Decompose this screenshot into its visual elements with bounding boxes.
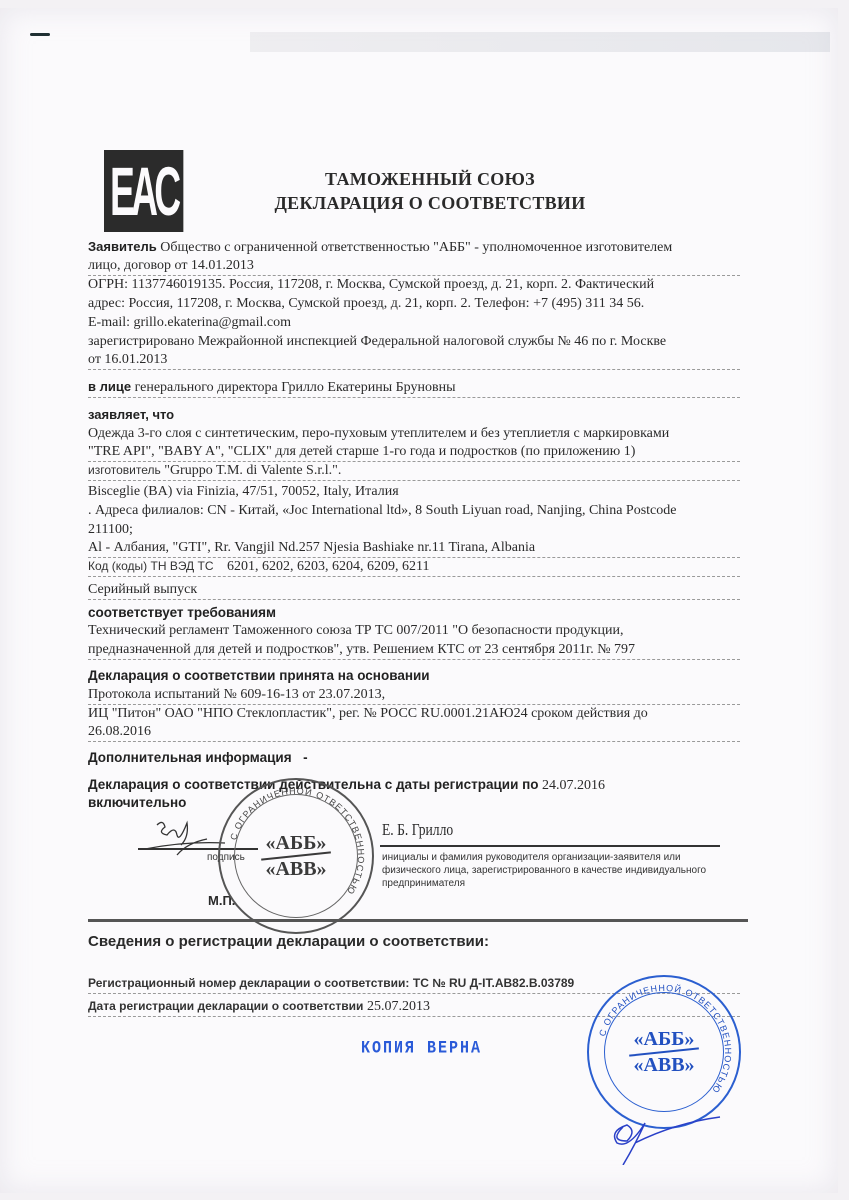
- applicant-line-4: адрес: Россия, 117208, г. Москва, Сумско…: [88, 294, 740, 313]
- applicant-line-6: зарегистрировано Межрайонной инспекцией …: [88, 332, 740, 351]
- applicant-line-2: лицо, договор от 14.01.2013: [88, 256, 740, 276]
- pen-mark: [30, 33, 50, 36]
- basis-line-3: 26.08.2016: [88, 722, 740, 742]
- declares-label: заявляет, что: [88, 405, 740, 425]
- requirements-label: соответствует требованиям: [88, 603, 740, 623]
- seal-line-1: «АББ»: [266, 832, 327, 854]
- manufacturer: изготовитель "Gruppo T.M. di Valente S.r…: [88, 461, 740, 481]
- applicant-email: E-mail: grillo.ekaterina@gmail.com: [88, 313, 740, 332]
- basis-label: Декларация о соответствии принята на осн…: [88, 666, 740, 686]
- validity-line-2: включительно: [88, 793, 740, 813]
- applicant-line-1: Заявитель Общество с ограниченной ответс…: [88, 237, 740, 257]
- manufacturer-address-3: 211100;: [88, 520, 740, 539]
- applicant-label: Заявитель: [88, 239, 157, 254]
- eac-logo: EAC: [104, 150, 183, 232]
- serial-release: Серийный выпуск: [88, 580, 740, 600]
- product-line-2: "TRE API", "BABY A", "CLIX" для детей ст…: [88, 442, 740, 462]
- additional-info: Дополнительная информация -: [88, 748, 740, 768]
- represented-by: в лице генерального директора Грилло Ека…: [88, 377, 740, 398]
- registration-title: Сведения о регистрации декларации о соот…: [88, 932, 740, 951]
- requirements-line-1: Технический регламент Таможенного союза …: [88, 621, 740, 640]
- applicant-line-7: от 16.01.2013: [88, 350, 740, 370]
- manufacturer-address-2: . Адреса филиалов: CN - Китай, «Joc Inte…: [88, 501, 740, 520]
- document-title: ТАМОЖЕННЫЙ СОЮЗ ДЕКЛАРАЦИЯ О СООТВЕТСТВИ…: [220, 167, 640, 215]
- bleed-through-text: [250, 32, 830, 52]
- validity-line-1: Декларация о соответствии действительна …: [88, 775, 740, 795]
- represented-by-label: в лице: [88, 379, 131, 394]
- title-declaration: ДЕКЛАРАЦИЯ О СООТВЕТСТВИИ: [220, 191, 640, 215]
- signatory-caption: инициалы и фамилия руководителя организа…: [382, 851, 727, 890]
- company-seal: С ОГРАНИЧЕННОЙ ОТВЕТСТВЕННОСТЬЮ «АББ» «А…: [218, 778, 374, 934]
- basis-line-1: Протокола испытаний № 609-16-13 от 23.07…: [88, 685, 740, 705]
- requirements-line-2: предназначенной для детей и подростков",…: [88, 640, 740, 660]
- product-line-1: Одежда 3-го слоя с синтетическим, перо-п…: [88, 424, 740, 443]
- section-divider: [88, 919, 748, 922]
- blue-seal-line-2: «АВВ»: [633, 1054, 694, 1076]
- seal-line-2: «АВВ»: [265, 858, 326, 880]
- hs-codes: Код (коды) ТН ВЭД ТС 6201, 6202, 6203, 6…: [88, 557, 740, 577]
- hs-codes-label: Код (коды) ТН ВЭД ТС: [88, 559, 214, 573]
- signatory-name: Е. Б. Грилло: [382, 820, 453, 840]
- basis-line-2: ИЦ "Питон" ОАО "НПО Стеклопластик", рег.…: [88, 704, 740, 723]
- manufacturer-address-1: Bisceglie (BA) via Finizia, 47/51, 70052…: [88, 482, 740, 501]
- manufacturer-address-4: Al - Албания, "GTI", Rr. Vangjil Nd.257 …: [88, 538, 740, 558]
- manufacturer-label: изготовитель: [88, 463, 161, 477]
- blue-signature: [605, 1105, 725, 1165]
- certified-copy-stamp: КОПИЯ ВЕРНА: [361, 1039, 482, 1059]
- applicant-line-3: ОГРН: 1137746019135. Россия, 117208, г. …: [88, 275, 740, 294]
- name-rule: [380, 845, 720, 847]
- title-customs-union: ТАМОЖЕННЫЙ СОЮЗ: [220, 167, 640, 191]
- blue-seal-line-1: «АББ»: [634, 1028, 695, 1050]
